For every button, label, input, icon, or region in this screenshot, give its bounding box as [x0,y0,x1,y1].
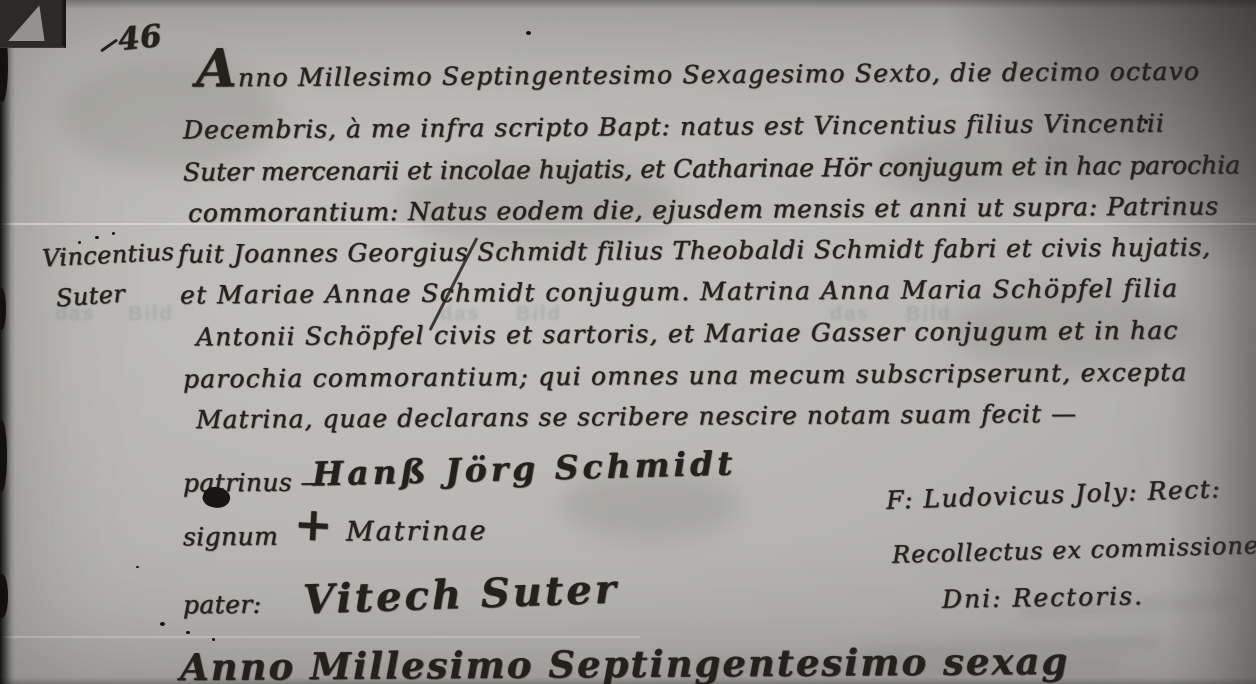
signum-label: signum [183,524,278,551]
matrina-signum-label: Matrinae [346,518,488,547]
scan-edge-bottom [0,677,1256,684]
pater-signature: Vitech Suter [302,569,619,622]
ink-speck [95,236,99,239]
scan-scratch-line [0,636,640,638]
scan-edge-right [1166,0,1256,684]
margin-note-surname: Suter [55,282,126,312]
ink-speck [212,638,215,641]
page-number: 46 [116,20,163,57]
fold-triangle [4,3,56,43]
ink-speck [112,232,115,235]
ink-speck [526,31,531,35]
corner-border-line [62,0,64,46]
matrina-cross-mark: + [293,499,334,549]
ink-speck [186,631,190,634]
page-number-flourish [100,38,118,52]
ink-speck [160,622,165,626]
officiant-signature-line-3: Dni: Rectoris. [942,583,1144,613]
record-line-9: Matrina, quae declarans se scribere nesc… [196,401,1077,433]
ink-speck [60,255,62,257]
scan-edge-top [0,0,1256,9]
record-line-8: parochia commorantium; qui omnes una mec… [183,359,1188,392]
ink-speck [136,566,139,568]
ink-speck [78,241,81,244]
pater-label: pater: [183,592,262,619]
scanned-register-page: das Bild das Bild das Bild 46 Anno Mille… [0,0,1256,684]
watermark-fragment: Bild [128,303,174,326]
folded-corner [0,0,66,48]
